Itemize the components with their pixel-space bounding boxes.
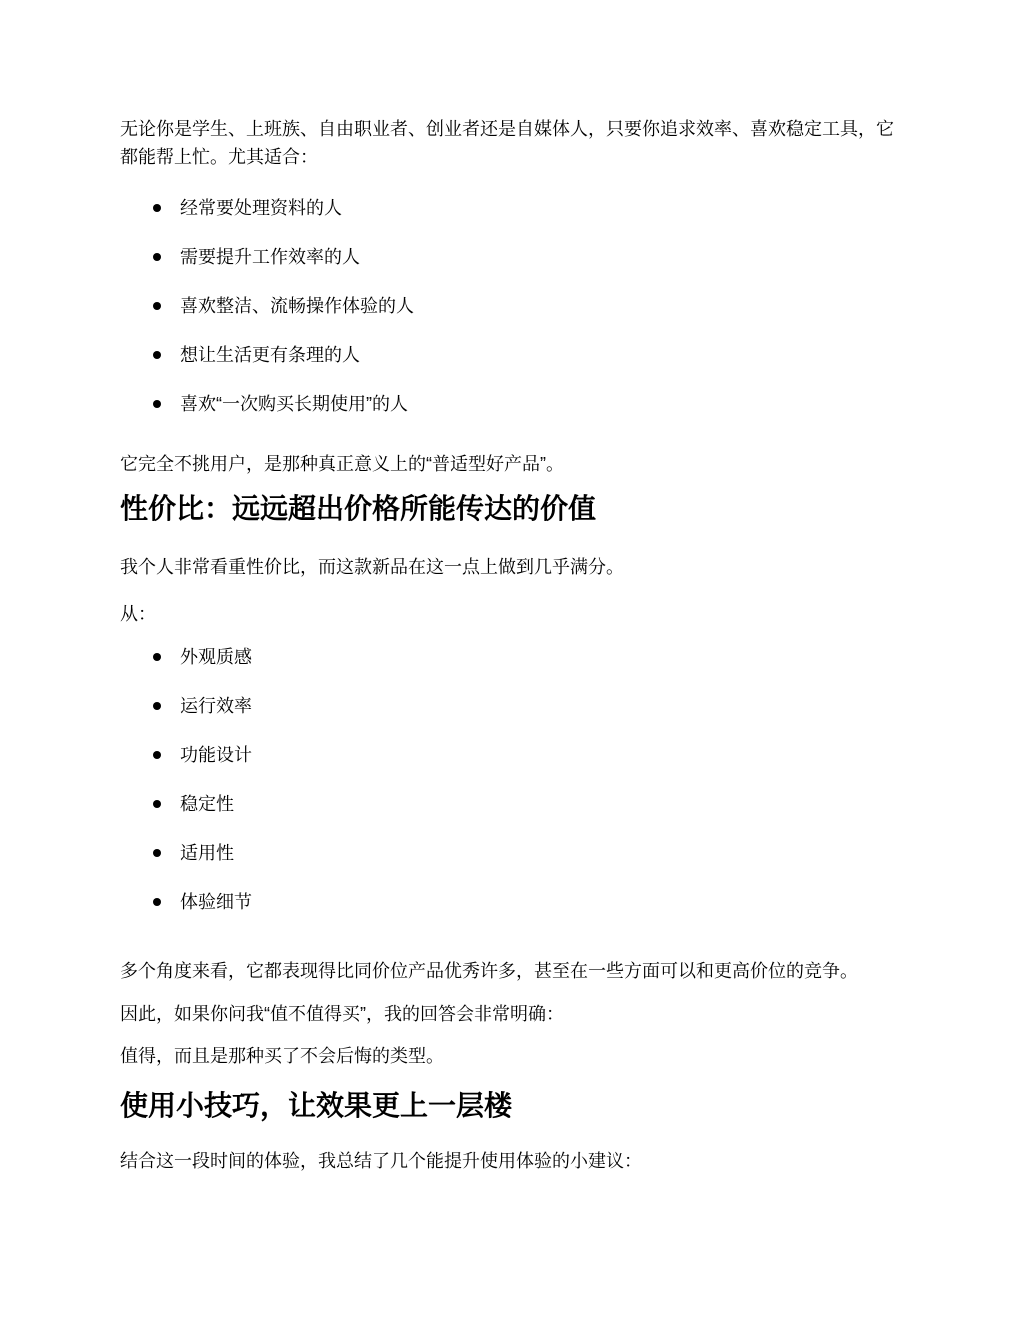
- document-content: 无论你是学生、上班族、自由职业者、创业者还是自媒体人，只要你追求效率、喜欢稳定工…: [0, 0, 1024, 1175]
- value-intro-paragraph: 我个人非常看重性价比，而这款新品在这一点上做到几乎满分。: [120, 553, 905, 581]
- list-item: 适用性: [120, 839, 905, 867]
- tips-intro-paragraph: 结合这一段时间的体验，我总结了几个能提升使用体验的小建议：: [120, 1147, 905, 1175]
- list-item: 喜欢整洁、流畅操作体验的人: [120, 292, 905, 320]
- value-question-paragraph: 因此，如果你问我“值不值得买”，我的回答会非常明确：: [120, 1000, 905, 1028]
- list-item: 稳定性: [120, 790, 905, 818]
- intro-paragraph: 无论你是学生、上班族、自由职业者、创业者还是自媒体人，只要你追求效率、喜欢稳定工…: [120, 115, 905, 171]
- list-item: 想让生活更有条理的人: [120, 341, 905, 369]
- value-from-paragraph: 从：: [120, 600, 905, 628]
- list-item: 需要提升工作效率的人: [120, 243, 905, 271]
- value-comparison-paragraph: 多个角度来看，它都表现得比同价位产品优秀许多，甚至在一些方面可以和更高价位的竞争…: [120, 957, 905, 985]
- list-item: 体验细节: [120, 888, 905, 916]
- audience-bullet-list: 经常要处理资料的人 需要提升工作效率的人 喜欢整洁、流畅操作体验的人 想让生活更…: [120, 194, 905, 418]
- document-page: 无论你是学生、上班族、自由职业者、创业者还是自媒体人，只要你追求效率、喜欢稳定工…: [0, 0, 1024, 1325]
- tips-section-heading: 使用小技巧，让效果更上一层楼: [120, 1087, 905, 1125]
- list-item: 运行效率: [120, 692, 905, 720]
- value-answer-paragraph: 值得，而且是那种买了不会后悔的类型。: [120, 1042, 905, 1070]
- list-item: 外观质感: [120, 643, 905, 671]
- list-item: 喜欢“一次购买长期使用”的人: [120, 390, 905, 418]
- list-item: 经常要处理资料的人: [120, 194, 905, 222]
- list-item: 功能设计: [120, 741, 905, 769]
- aspect-bullet-list: 外观质感 运行效率 功能设计 稳定性 适用性 体验细节: [120, 643, 905, 916]
- value-section-heading: 性价比：远远超出价格所能传达的价值: [120, 490, 905, 528]
- summary-paragraph: 它完全不挑用户，是那种真正意义上的“普适型好产品”。: [120, 450, 905, 478]
